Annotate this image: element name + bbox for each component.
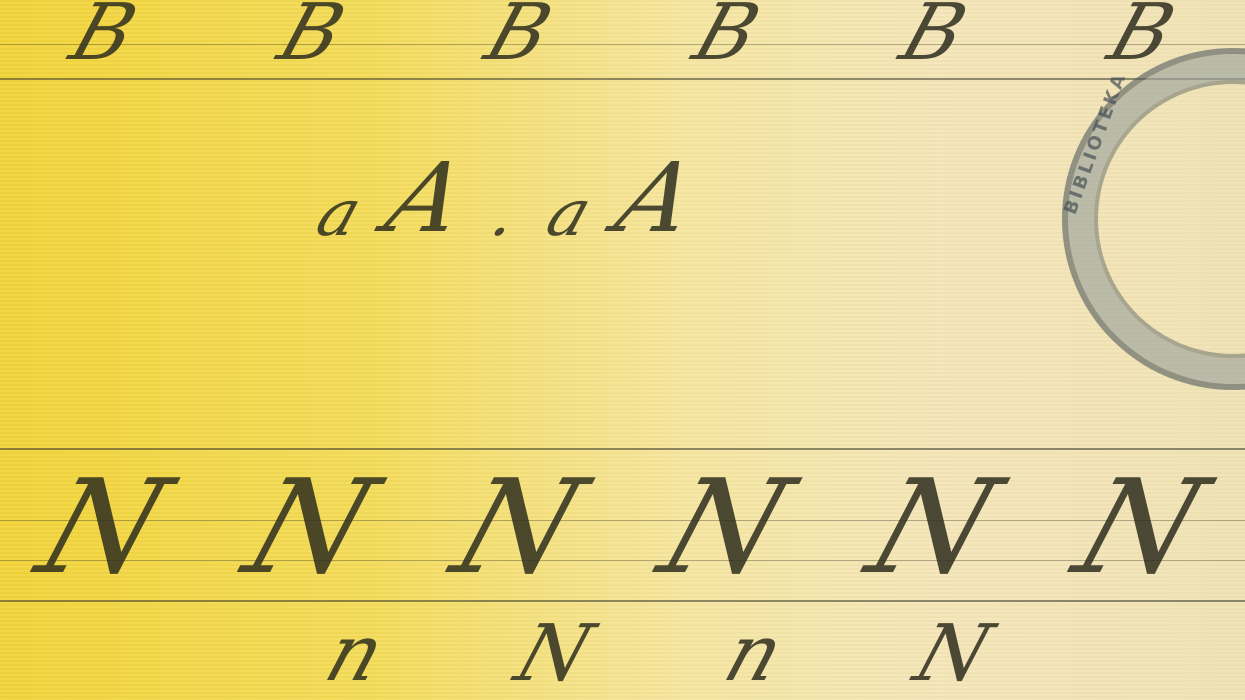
- cursive-letter: N: [856, 462, 1012, 592]
- ruling-line: [0, 78, 1245, 80]
- ruling-line: [0, 448, 1245, 450]
- cursive-letter: N: [233, 462, 389, 592]
- cursive-letter: N: [648, 462, 804, 592]
- cursive-letter: N: [26, 462, 182, 592]
- middle-letter-row: N N N N N N: [0, 462, 1245, 592]
- cursive-letter: N: [1063, 462, 1219, 592]
- ruling-line: [0, 600, 1245, 602]
- cursive-letter: B: [62, 0, 145, 72]
- top-letter-row: B B B B B B: [0, 0, 1245, 72]
- cursive-letter: n: [317, 615, 393, 693]
- sample-line: a A . a A: [320, 150, 691, 246]
- period: .: [485, 182, 526, 246]
- bottom-letter-row: n N n N: [330, 615, 987, 693]
- cursive-letter: a: [539, 182, 598, 246]
- cursive-letter: B: [685, 0, 768, 72]
- cursive-letter: B: [892, 0, 975, 72]
- cursive-letter: B: [477, 0, 560, 72]
- paper-texture: [0, 0, 1245, 700]
- library-stamp: [1062, 48, 1245, 390]
- cursive-letter: A: [377, 150, 478, 246]
- cursive-letter: B: [270, 0, 353, 72]
- cursive-letter: N: [508, 615, 602, 693]
- cursive-letter: a: [310, 182, 369, 246]
- cursive-letter: n: [716, 615, 792, 693]
- cursive-letter: A: [606, 150, 707, 246]
- cursive-letter: N: [441, 462, 597, 592]
- cursive-letter: N: [906, 615, 1000, 693]
